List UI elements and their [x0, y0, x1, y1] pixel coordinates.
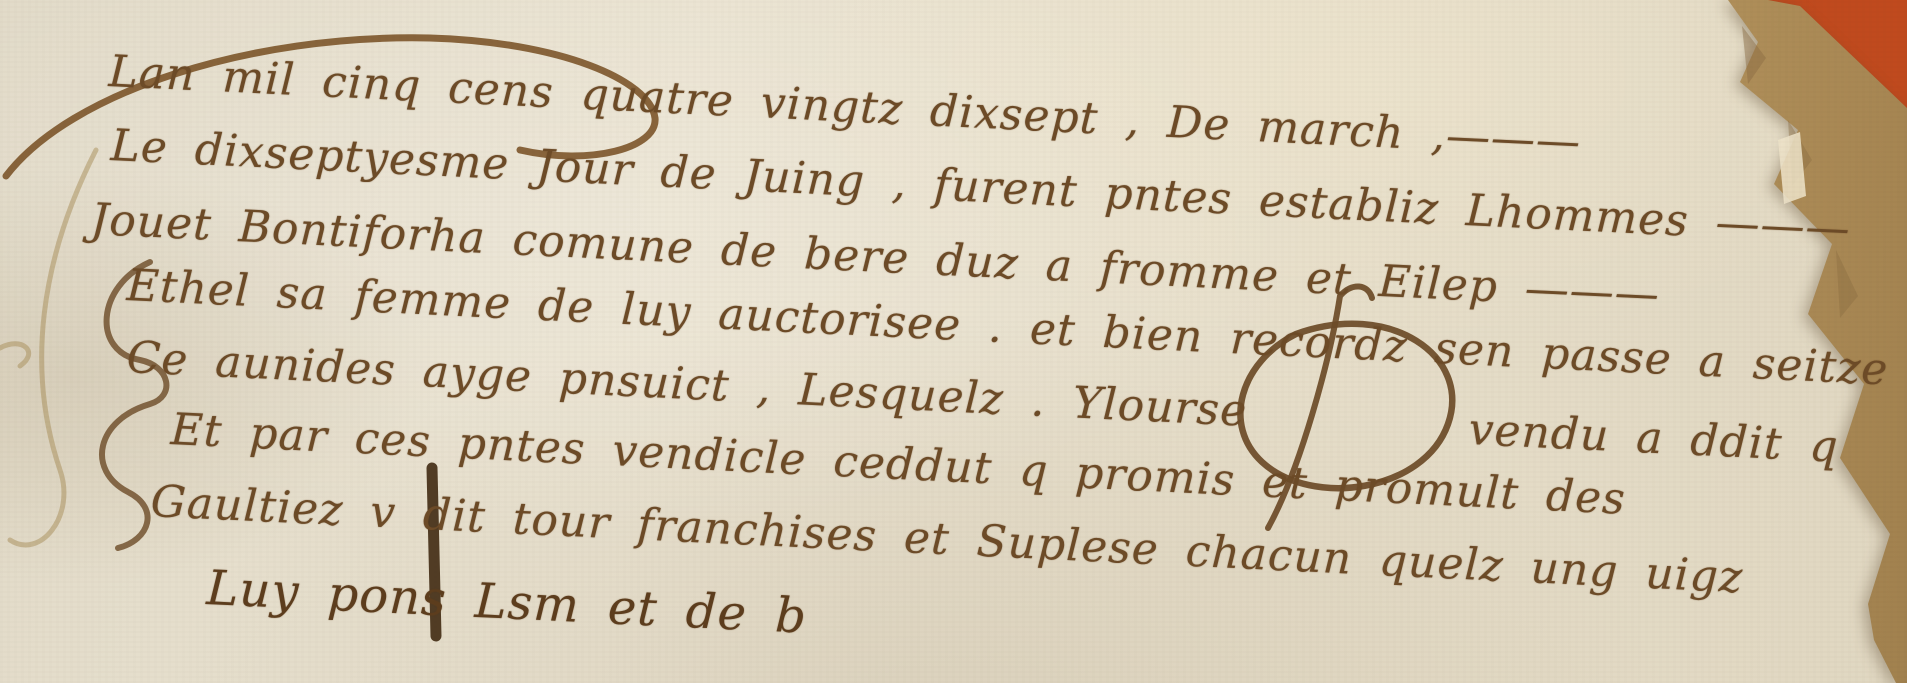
tear-shadow-3 [1836, 250, 1858, 318]
tear-shadow-1 [1742, 26, 1766, 84]
manuscript-photo: Lan mil cinq cens quatre vingtz dixsept … [0, 0, 1907, 683]
tear-glint [1778, 132, 1806, 204]
margin-paraph-faded-icon [0, 150, 96, 545]
